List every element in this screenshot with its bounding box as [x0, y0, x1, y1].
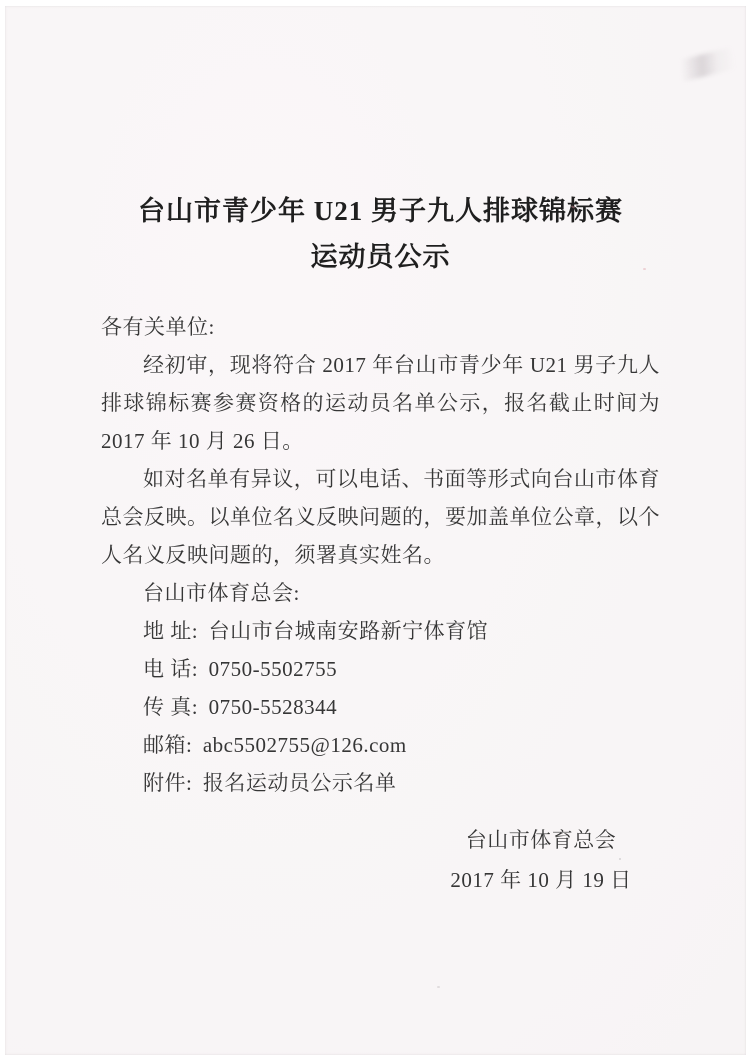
address-value: 台山市台城南安路新宁体育馆 [209, 619, 489, 643]
paragraph-eligibility: 经初审，现将符合 2017 年台山市青少年 U21 男子九人排球锦标赛参赛资格的… [101, 346, 660, 460]
document-body: 各有关单位: 经初审，现将符合 2017 年台山市青少年 U21 男子九人排球锦… [101, 308, 660, 900]
phone-label: 电 话: [143, 657, 198, 681]
document-content: 台山市青少年 U21 男子九人排球锦标赛 运动员公示 各有关单位: 经初审，现将… [5, 6, 746, 900]
contact-heading: 台山市体育总会: [101, 574, 660, 612]
contact-row-fax: 传 真:0750-5528344 [101, 688, 660, 726]
email-value: abc5502755@126.com [203, 733, 407, 757]
contact-row-address: 地 址:台山市台城南安路新宁体育馆 [101, 612, 660, 650]
address-label: 地 址: [143, 619, 198, 643]
paragraph-objection: 如对名单有异议，可以电话、书面等形式向台山市体育总会反映。以单位名义反映问题的，… [101, 460, 660, 574]
signature-block: 台山市体育总会 2017 年 10 月 19 日 [431, 820, 651, 900]
signature-org: 台山市体育总会 [431, 820, 651, 860]
attachment-label: 附件: [143, 771, 192, 795]
fax-value: 0750-5528344 [209, 695, 338, 719]
scan-speck [437, 986, 440, 988]
title-line-1: 台山市青少年 U21 男子九人排球锦标赛 [101, 188, 660, 234]
attachment-value: 报名运动员公示名单 [203, 771, 397, 795]
email-label: 邮箱: [143, 733, 192, 757]
contact-row-email: 邮箱:abc5502755@126.com [101, 726, 660, 764]
title-line-2: 运动员公示 [101, 234, 660, 280]
contact-row-attachment: 附件:报名运动员公示名单 [101, 764, 660, 802]
paper-background: 台山市青少年 U21 男子九人排球锦标赛 运动员公示 各有关单位: 经初审，现将… [5, 6, 746, 1055]
document-title: 台山市青少年 U21 男子九人排球锦标赛 运动员公示 [101, 188, 660, 280]
contact-row-phone: 电 话:0750-5502755 [101, 650, 660, 688]
signature-date: 2017 年 10 月 19 日 [431, 860, 651, 900]
scanned-page: 台山市青少年 U21 男子九人排球锦标赛 运动员公示 各有关单位: 经初审，现将… [0, 0, 750, 1060]
fax-label: 传 真: [143, 695, 198, 719]
phone-value: 0750-5502755 [209, 657, 338, 681]
salutation: 各有关单位: [101, 308, 660, 346]
